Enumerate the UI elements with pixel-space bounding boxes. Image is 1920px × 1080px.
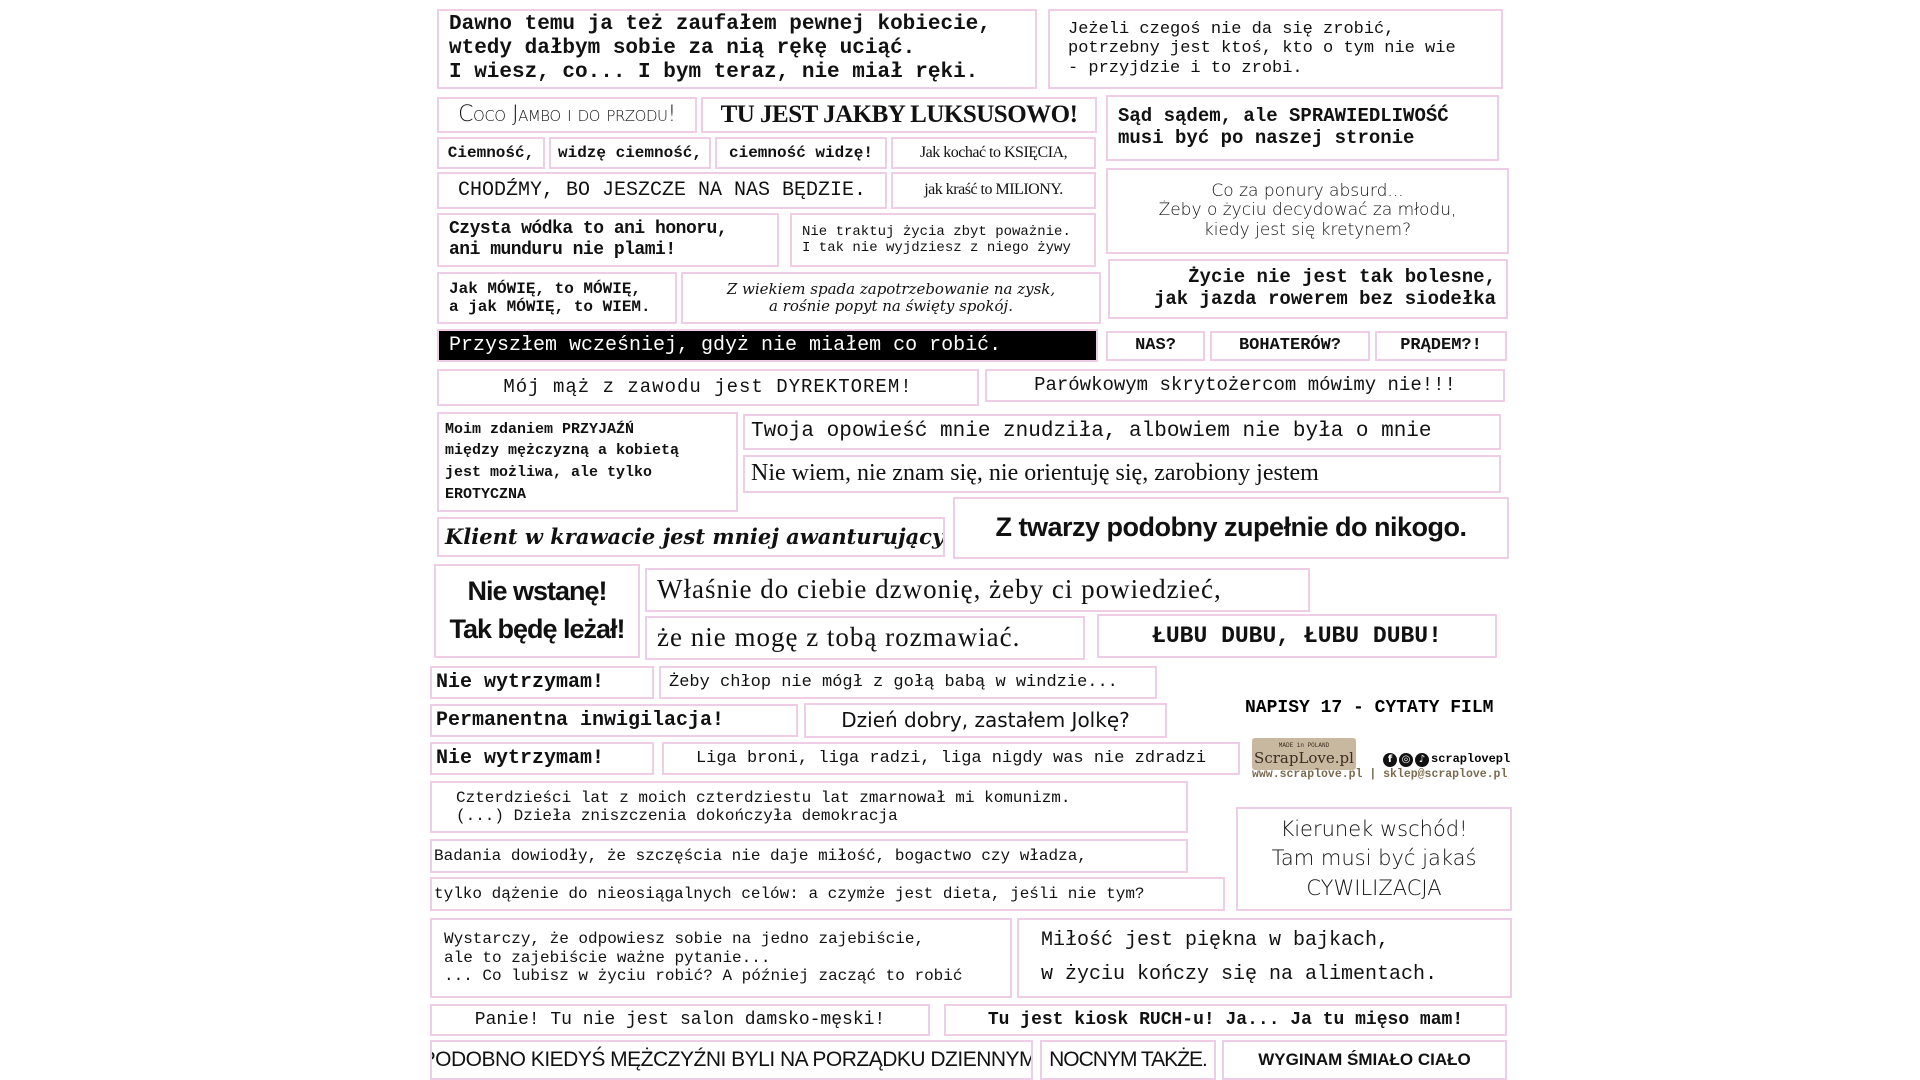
quote-sticker: Nie wiem, nie znam się, nie orientuję si…: [743, 455, 1501, 493]
instagram-icon: ◎: [1399, 753, 1413, 767]
quote-line: między mężczyzną a kobietą: [445, 440, 679, 462]
quote-text: WYGINAM ŚMIAŁO CIAŁO: [1258, 1050, 1470, 1070]
quote-sticker: Dawno temu ja też zaufałem pewnej kobiec…: [437, 9, 1037, 89]
quote-text: Parówkowym skrytożercom mówimy nie!!!: [1034, 375, 1456, 397]
quote-text: Jak kochać to KSIĘCIA,: [920, 144, 1067, 162]
quote-sticker: Nie wytrzymam!: [430, 666, 654, 699]
quote-sticker: Klient w krawacie jest mniej awanturując…: [437, 517, 945, 557]
quote-line: jak jazda rowerem bez siodełka: [1154, 289, 1496, 311]
quote-sticker: Jak MÓWIĘ, to MÓWIĘ, a jak MÓWIĘ, to WIE…: [437, 272, 677, 324]
quote-line: Czysta wódka to ani honoru,: [449, 219, 727, 240]
quote-sticker: Wystarczy, że odpowiesz sobie na jedno z…: [430, 918, 1012, 998]
tiktok-icon: ♪: [1415, 753, 1429, 767]
sticker-sheet: Dawno temu ja też zaufałem pewnej kobiec…: [0, 0, 1920, 1080]
quote-text: Z twarzy podobny zupełnie do nikogo.: [996, 512, 1467, 543]
quote-line: Jeżeli czegoś nie da się zrobić,: [1068, 20, 1394, 40]
quote-sticker: Czterdzieści lat z moich czterdziestu la…: [430, 781, 1188, 833]
sheet-title: NAPISY 17 - CYTATY FILM: [1245, 698, 1493, 718]
quote-line: CYWILIZACJA: [1306, 874, 1441, 903]
quote-text: BOHATERÓW?: [1239, 336, 1341, 356]
quote-sticker: Tu jest kiosk RUCH-u! Ja... Ja tu mięso …: [944, 1004, 1507, 1036]
quote-line: Wystarczy, że odpowiesz sobie na jedno z…: [444, 930, 924, 948]
quote-text: Dzień dobry, zastałem Jolkę?: [841, 709, 1130, 732]
quote-text: tylko dążenie do nieosiągalnych celów: a…: [434, 885, 1145, 903]
quote-line: - przyjdzie i to zrobi.: [1068, 59, 1303, 79]
quote-text: Przyszłem wcześniej, gdyż nie miałem co …: [449, 334, 1001, 357]
quote-text: ŁUBU DUBU, ŁUBU DUBU!: [1152, 623, 1442, 649]
quote-text: że nie mogę z tobą rozmawiać.: [657, 622, 1020, 653]
quote-line: Dawno temu ja też zaufałem pewnej kobiec…: [449, 13, 991, 37]
brand-logo: MADE in POLAND ScrapLove.pl: [1252, 738, 1356, 770]
quote-sticker: Dzień dobry, zastałem Jolkę?: [804, 703, 1167, 738]
quote-sticker: Liga broni, liga radzi, liga nigdy was n…: [662, 742, 1240, 775]
quote-line: jest możliwa, ale tylko: [445, 462, 652, 484]
quote-line: Życie nie jest tak bolesne,: [1188, 267, 1496, 289]
quote-line: I tak nie wyjdziesz z niego żywy: [802, 240, 1071, 256]
quote-sticker: Ciemność,: [437, 137, 545, 169]
quote-sticker: Mój mąż z zawodu jest DYREKTOREM!: [437, 369, 979, 406]
quote-line: Tak będę leżał!: [449, 611, 624, 649]
quote-sticker: PODOBNO KIEDYŚ MĘŻCZYŹNI BYLI NA PORZĄDK…: [430, 1040, 1033, 1080]
social-handle: scraplovepl: [1431, 752, 1510, 766]
quote-line: a jak MÓWIĘ, to WIEM.: [449, 298, 651, 316]
quote-text: Tu jest kiosk RUCH-u! Ja... Ja tu mięso …: [988, 1010, 1463, 1031]
quote-text: Klient w krawacie jest mniej awanturując…: [445, 525, 945, 549]
quote-text: PODOBNO KIEDYŚ MĘŻCZYŹNI BYLI NA PORZĄDK…: [430, 1048, 1033, 1072]
quote-text: NOCNYM TAKŻE.: [1049, 1048, 1207, 1072]
quote-text: Permanentna inwigilacja!: [436, 709, 724, 732]
quote-line: Nie wstanę!: [467, 573, 606, 611]
quote-sticker: Życie nie jest tak bolesne, jak jazda ro…: [1108, 259, 1508, 319]
quote-text: Coco Jambo i do przodu!: [458, 102, 676, 127]
quote-line: (...) Dzieła zniszczenia dokończyła demo…: [456, 807, 898, 825]
quote-sticker: NAS?: [1106, 331, 1205, 361]
quote-banner: Przyszłem wcześniej, gdyż nie miałem co …: [437, 329, 1098, 362]
quote-text: Nie wiem, nie znam się, nie orientuję si…: [751, 460, 1319, 488]
quote-sticker: Jeżeli czegoś nie da się zrobić, potrzeb…: [1048, 9, 1503, 89]
quote-sticker: Miłość jest piękna w bajkach, w życiu ko…: [1017, 918, 1512, 998]
quote-text: widzę ciemność,: [558, 144, 702, 162]
separator: |: [1369, 768, 1376, 781]
quote-text: Badania dowiodły, że szczęścia nie daje …: [434, 847, 1087, 865]
quote-sticker: tylko dążenie do nieosiągalnych celów: a…: [430, 877, 1225, 911]
quote-sticker: Co za ponury absurd... Żeby o życiu decy…: [1106, 168, 1509, 254]
quote-sticker: Permanentna inwigilacja!: [430, 704, 798, 737]
quote-sticker: że nie mogę z tobą rozmawiać.: [645, 616, 1085, 660]
quote-line: Tam musi być jakaś: [1272, 844, 1477, 873]
quote-line: kiedy jest się kretynem?: [1204, 221, 1411, 241]
quote-line: wtedy dałbym sobie za nią rękę uciąć.: [449, 37, 915, 61]
quote-line: Żeby o życiu decydować za młodu,: [1159, 201, 1457, 221]
quote-text: Liga broni, liga radzi, liga nigdy was n…: [696, 749, 1206, 769]
quote-sticker: widzę ciemność,: [549, 137, 711, 169]
website-link[interactable]: www.scraplove.pl: [1252, 768, 1362, 781]
quote-sticker: NOCNYM TAKŻE.: [1040, 1040, 1216, 1080]
quote-line: musi być po naszej stronie: [1118, 128, 1414, 150]
quote-sticker: Czysta wódka to ani honoru, ani munduru …: [437, 213, 779, 267]
quote-line: Kierunek wschód!: [1280, 815, 1467, 844]
quote-text: Mój mąż z zawodu jest DYREKTOREM!: [503, 377, 912, 399]
quote-sticker: TU JEST JAKBY LUKSUSOWO!: [701, 97, 1097, 133]
quote-line: I wiesz, co... I bym teraz, nie miał ręk…: [449, 61, 978, 85]
brand-name: ScrapLove.pl: [1254, 749, 1354, 767]
quote-line: EROTYCZNA: [445, 484, 526, 506]
quote-sticker: Z twarzy podobny zupełnie do nikogo.: [953, 497, 1509, 559]
quote-text: jak kraść to MILIONY.: [924, 181, 1063, 199]
quote-sticker: Coco Jambo i do przodu!: [437, 97, 697, 133]
quote-sticker: ŁUBU DUBU, ŁUBU DUBU!: [1097, 614, 1497, 658]
quote-sticker: Moim zdaniem PRZYJAŹŃ między mężczyzną a…: [437, 412, 738, 512]
quote-sticker: Żeby chłop nie mógł z gołą babą w windzi…: [659, 666, 1157, 699]
quote-line: ... Co lubisz w życiu robić? A później z…: [444, 967, 962, 985]
quote-text: Żeby chłop nie mógł z gołą babą w windzi…: [669, 673, 1118, 693]
quote-line: Nie traktuj życia zbyt poważnie.: [802, 224, 1071, 240]
quote-sticker: Nie traktuj życia zbyt poważnie. I tak n…: [790, 213, 1096, 267]
quote-sticker: Badania dowiodły, że szczęścia nie daje …: [430, 839, 1188, 873]
quote-sticker: Parówkowym skrytożercom mówimy nie!!!: [985, 369, 1505, 402]
facebook-icon: f: [1383, 753, 1397, 767]
quote-text: TU JEST JAKBY LUKSUSOWO!: [721, 101, 1078, 130]
quote-text: Nie wytrzymam!: [436, 747, 604, 770]
quote-text: ciemność widzę!: [729, 144, 873, 162]
quote-line: ale to zajebiście ważne pytanie...: [444, 949, 770, 967]
quote-line: Jak MÓWIĘ, to MÓWIĘ,: [449, 280, 641, 298]
quote-sticker: BOHATERÓW?: [1210, 331, 1370, 361]
contact-row: www.scraplove.pl | sklep@scraplove.pl: [1252, 768, 1507, 781]
quote-line: a rośnie popyt na święty spokój.: [769, 298, 1013, 315]
quote-sticker: CHODŹMY, BO JESZCZE NA NAS BĘDZIE.: [437, 172, 887, 209]
email-link[interactable]: sklep@scraplove.pl: [1383, 768, 1507, 781]
quote-line: Z wiekiem spada zapotrzebowanie na zysk,: [727, 281, 1055, 298]
quote-sticker: Twoja opowieść mnie znudziła, albowiem n…: [743, 414, 1501, 450]
quote-line: potrzebny jest ktoś, kto o tym nie wie: [1068, 39, 1456, 59]
made-in-label: MADE in POLAND: [1279, 742, 1329, 749]
quote-sticker: Panie! Tu nie jest salon damsko-męski!: [430, 1004, 930, 1036]
quote-line: Czterdzieści lat z moich czterdziestu la…: [456, 789, 1071, 807]
quote-sticker: jak kraść to MILIONY.: [891, 172, 1096, 209]
quote-line: ani munduru nie plami!: [449, 240, 676, 261]
quote-line: Miłość jest piękna w bajkach,: [1041, 924, 1389, 958]
quote-sticker: WYGINAM ŚMIAŁO CIAŁO: [1222, 1040, 1507, 1080]
quote-sticker: Kierunek wschód! Tam musi być jakaś CYWI…: [1236, 807, 1512, 911]
quote-line: w życiu kończy się na alimentach.: [1041, 958, 1437, 992]
quote-text: Właśnie do ciebie dzwonię, żeby ci powie…: [657, 574, 1222, 605]
quote-text: PRĄDEM?!: [1400, 336, 1482, 356]
quote-text: Twoja opowieść mnie znudziła, albowiem n…: [751, 420, 1432, 444]
quote-text: Nie wytrzymam!: [436, 671, 604, 694]
quote-line: Co za ponury absurd...: [1211, 182, 1403, 202]
quote-sticker: Sąd sądem, ale SPRAWIEDLIWOŚĆ musi być p…: [1106, 95, 1499, 161]
quote-sticker: Z wiekiem spada zapotrzebowanie na zysk,…: [681, 272, 1101, 324]
quote-line: Sąd sądem, ale SPRAWIEDLIWOŚĆ: [1118, 106, 1449, 128]
quote-sticker: Jak kochać to KSIĘCIA,: [891, 137, 1096, 169]
social-row: f◎♪scraplovepl: [1383, 752, 1510, 767]
quote-sticker: Nie wstanę! Tak będę leżał!: [434, 564, 640, 658]
quote-text: NAS?: [1135, 336, 1176, 356]
quote-text: CHODŹMY, BO JESZCZE NA NAS BĘDZIE.: [458, 179, 866, 202]
quote-text: Panie! Tu nie jest salon damsko-męski!: [475, 1010, 885, 1031]
quote-sticker: ciemność widzę!: [715, 137, 887, 169]
quote-sticker: Nie wytrzymam!: [430, 742, 654, 775]
quote-text: Ciemność,: [448, 144, 534, 162]
quote-line: Moim zdaniem PRZYJAŹŃ: [445, 419, 634, 441]
quote-sticker: Właśnie do ciebie dzwonię, żeby ci powie…: [645, 568, 1310, 612]
quote-sticker: PRĄDEM?!: [1375, 331, 1507, 361]
